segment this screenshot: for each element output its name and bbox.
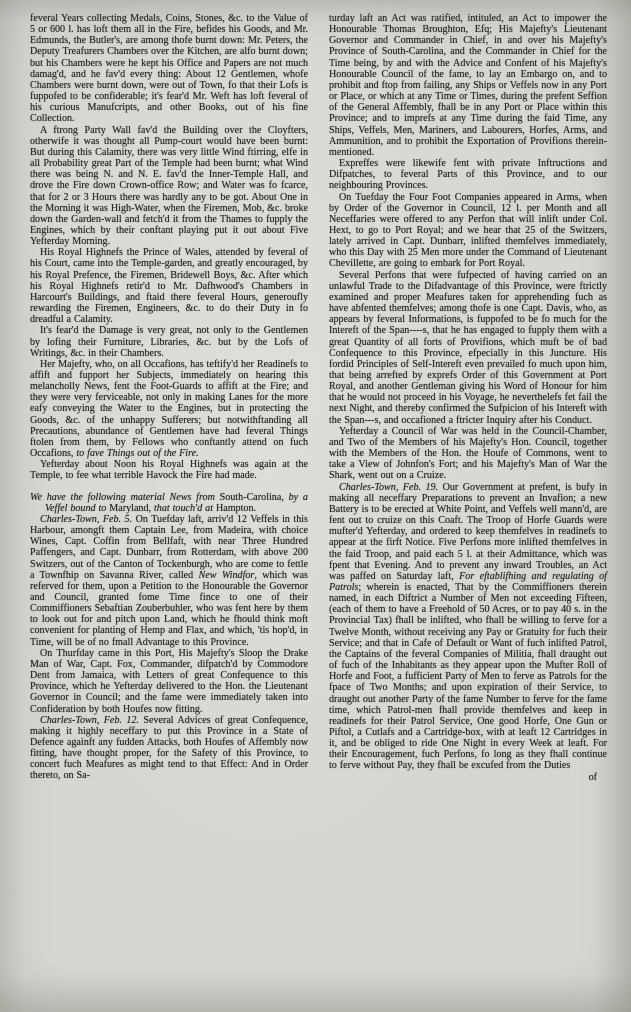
text-run: feveral Years collecting Medals, Coins, … [30, 13, 308, 124]
text-run: Several Perfons that were fufpected of h… [329, 270, 607, 426]
italic-run: to fave Things out of the Fire. [76, 448, 198, 459]
text-columns: feveral Years collecting Medals, Coins, … [30, 13, 607, 783]
text-run: ; wherein is enacted, That by the Commif… [329, 582, 607, 772]
text-run: Expreffes were likewife fent with privat… [329, 158, 607, 191]
text-run: On Thurfday came in this Port, His Majef… [30, 648, 308, 715]
text-run: Maryland [109, 503, 148, 514]
italic-run: New Windfor [199, 570, 255, 581]
paragraph: We have the following material News from… [30, 492, 308, 514]
italic-run: We have the following material News from [30, 492, 220, 503]
paragraph: His Royal Highnefs the Prince of Wales, … [30, 247, 308, 325]
paragraph: Charles-Town, Feb. 5. On Tuefday laft, a… [30, 514, 308, 648]
newspaper-page: feveral Years collecting Medals, Coins, … [0, 0, 631, 1012]
column-right: turday laft an Act was ratified, intitul… [329, 13, 607, 783]
text-run: Hampton. [216, 503, 256, 514]
text-run: A ftrong Party Wall fav'd the Building o… [30, 125, 308, 248]
paragraph: feveral Years collecting Medals, Coins, … [30, 13, 308, 125]
paragraph: Several Perfons that were fufpected of h… [329, 270, 607, 426]
paragraph: On Thurfday came in this Port, His Majef… [30, 648, 308, 715]
paragraph: Charles-Town, Feb. 12. Several Advices o… [30, 715, 308, 782]
italic-run: , that touch'd at [149, 503, 216, 514]
text-run: Our Government at prefent, is bufy in ma… [329, 482, 607, 582]
paragraph: Her Majefty, who, on all Occafions, has … [30, 359, 308, 459]
paragraph: It's fear'd the Damage is very great, no… [30, 325, 308, 358]
text-run: turday laft an Act was ratified, intitul… [329, 13, 607, 158]
paragraph: On Tuefday the Four Foot Companies appea… [329, 192, 607, 270]
text-run: , which was referved for them, upon a Pe… [30, 570, 308, 648]
paragraph: Yefterday a Council of War was held in t… [329, 426, 607, 482]
paragraph: Expreffes were likewife fent with privat… [329, 158, 607, 191]
italic-run: Charles-Town, Feb. 19. [339, 482, 438, 493]
paragraph: turday laft an Act was ratified, intitul… [329, 13, 607, 158]
paragraph: A ftrong Party Wall fav'd the Building o… [30, 125, 308, 248]
text-run: Yefterday a Council of War was held in t… [329, 426, 607, 482]
paragraph: Charles-Town, Feb. 19. Our Government at… [329, 482, 607, 772]
text-run: South-Carolina [220, 492, 282, 503]
paragraph: Yefterday about Noon his Royal Highnefs … [30, 459, 308, 481]
column-left: feveral Years collecting Medals, Coins, … [30, 13, 308, 783]
text-run: It's fear'd the Damage is very great, no… [30, 325, 308, 358]
text-run: Yefterday about Noon his Royal Highnefs … [30, 459, 308, 481]
catchword: of [329, 772, 607, 783]
text-run: Her Majefty, who, on all Occafions, has … [30, 359, 308, 459]
text-run: His Royal Highnefs the Prince of Wales, … [30, 247, 308, 325]
text-run: On Tuefday the Four Foot Companies appea… [329, 192, 607, 270]
italic-run: Charles-Town, Feb. 5. [40, 514, 132, 525]
italic-run: Charles-Town, Feb. 12. [40, 715, 139, 726]
